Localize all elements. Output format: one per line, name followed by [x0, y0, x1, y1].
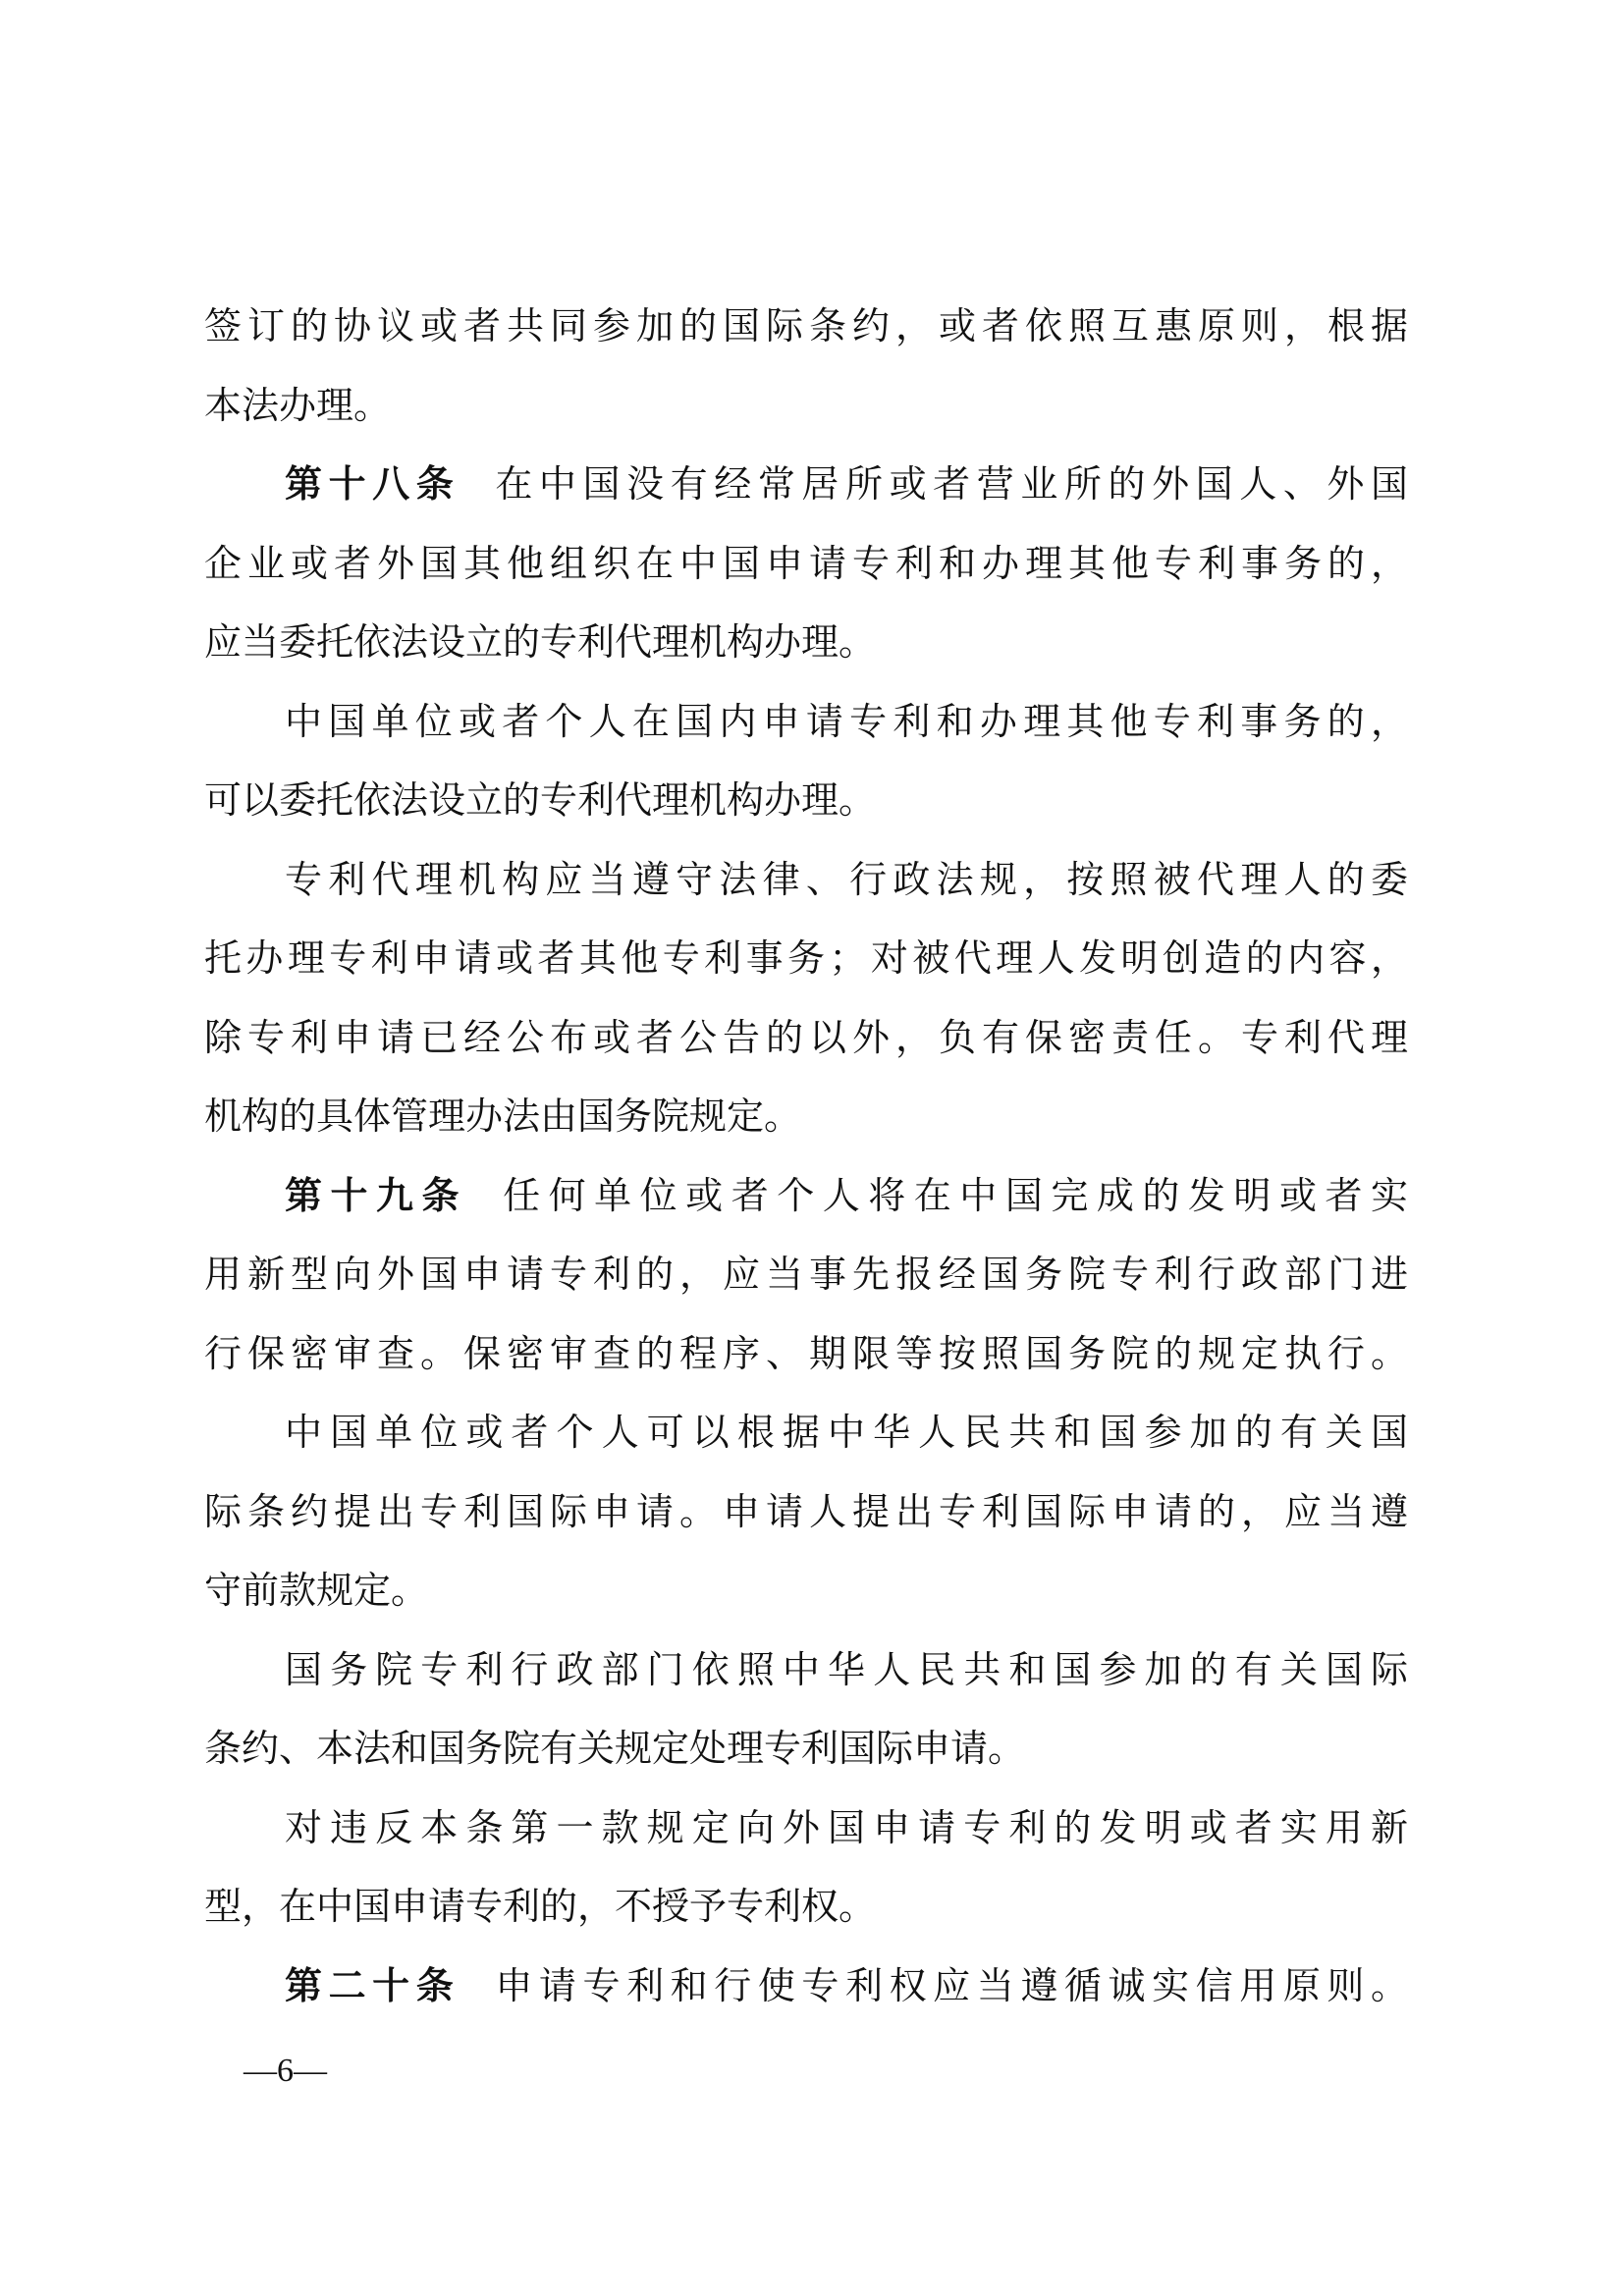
page-number: —6—	[244, 2052, 327, 2091]
text-line: 中国单位或者个人可以根据中华人民共和国参加的有关国	[204, 1393, 1408, 1472]
text-line: 任何单位或者个人将在中国完成的发明或者实	[503, 1174, 1408, 1217]
text-line: 签订的协议或者共同参加的国际条约，或者依照互惠原则，根据	[204, 287, 1408, 366]
text-line: 守前款规定。	[204, 1551, 1408, 1630]
text-line: 际条约提出专利国际申请。申请人提出专利国际申请的，应当遵	[204, 1472, 1408, 1552]
text-line: 机构的具体管理办法由国务院规定。	[204, 1077, 1408, 1156]
text-line: 用新型向外国申请专利的，应当事先报经国务院专利行政部门进	[204, 1235, 1408, 1314]
text-line: 可以委托依法设立的专利代理机构办理。	[204, 761, 1408, 840]
text-line: 型，在中国申请专利的，不授予专利权。	[204, 1867, 1408, 1947]
text-line: 国务院专利行政部门依照中华人民共和国参加的有关国际	[204, 1630, 1408, 1710]
article-20-heading-line: 第二十条申请专利和行使专利权应当遵循诚实信用原则。	[204, 1947, 1408, 2026]
text-line: 企业或者外国其他组织在中国申请专利和办理其他专利事务的，	[204, 524, 1408, 604]
text-line: 托办理专利申请或者其他专利事务；对被代理人发明创造的内容，	[204, 919, 1408, 998]
text-line: 除专利申请已经公布或者公告的以外，负有保密责任。专利代理	[204, 998, 1408, 1078]
article-number: 第十九条	[285, 1174, 467, 1217]
text-line: 专利代理机构应当遵守法律、行政法规，按照被代理人的委	[204, 840, 1408, 920]
text-line: 条约、本法和国务院有关规定处理专利国际申请。	[204, 1709, 1408, 1789]
article-number: 第十八条	[285, 462, 460, 506]
text-line: 对违反本条第一款规定向外国申请专利的发明或者实用新	[204, 1789, 1408, 1868]
document-page: 签订的协议或者共同参加的国际条约，或者依照互惠原则，根据 本法办理。 第十八条在…	[0, 0, 1624, 2296]
text-line: 本法办理。	[204, 366, 1408, 446]
article-number: 第二十条	[285, 1964, 460, 2007]
text-line: 在中国没有经常居所或者营业所的外国人、外国	[495, 462, 1408, 506]
article-19-heading-line: 第十九条任何单位或者个人将在中国完成的发明或者实	[204, 1156, 1408, 1236]
article-18-heading-line: 第十八条在中国没有经常居所或者营业所的外国人、外国	[204, 445, 1408, 524]
text-line: 申请专利和行使专利权应当遵循诚实信用原则。	[495, 1964, 1408, 2007]
text-line: 应当委托依法设立的专利代理机构办理。	[204, 603, 1408, 682]
text-line: 中国单位或者个人在国内申请专利和办理其他专利事务的，	[204, 682, 1408, 762]
document-body: 签订的协议或者共同参加的国际条约，或者依照互惠原则，根据 本法办理。 第十八条在…	[204, 287, 1408, 2025]
text-line: 行保密审查。保密审查的程序、期限等按照国务院的规定执行。	[204, 1314, 1408, 1394]
